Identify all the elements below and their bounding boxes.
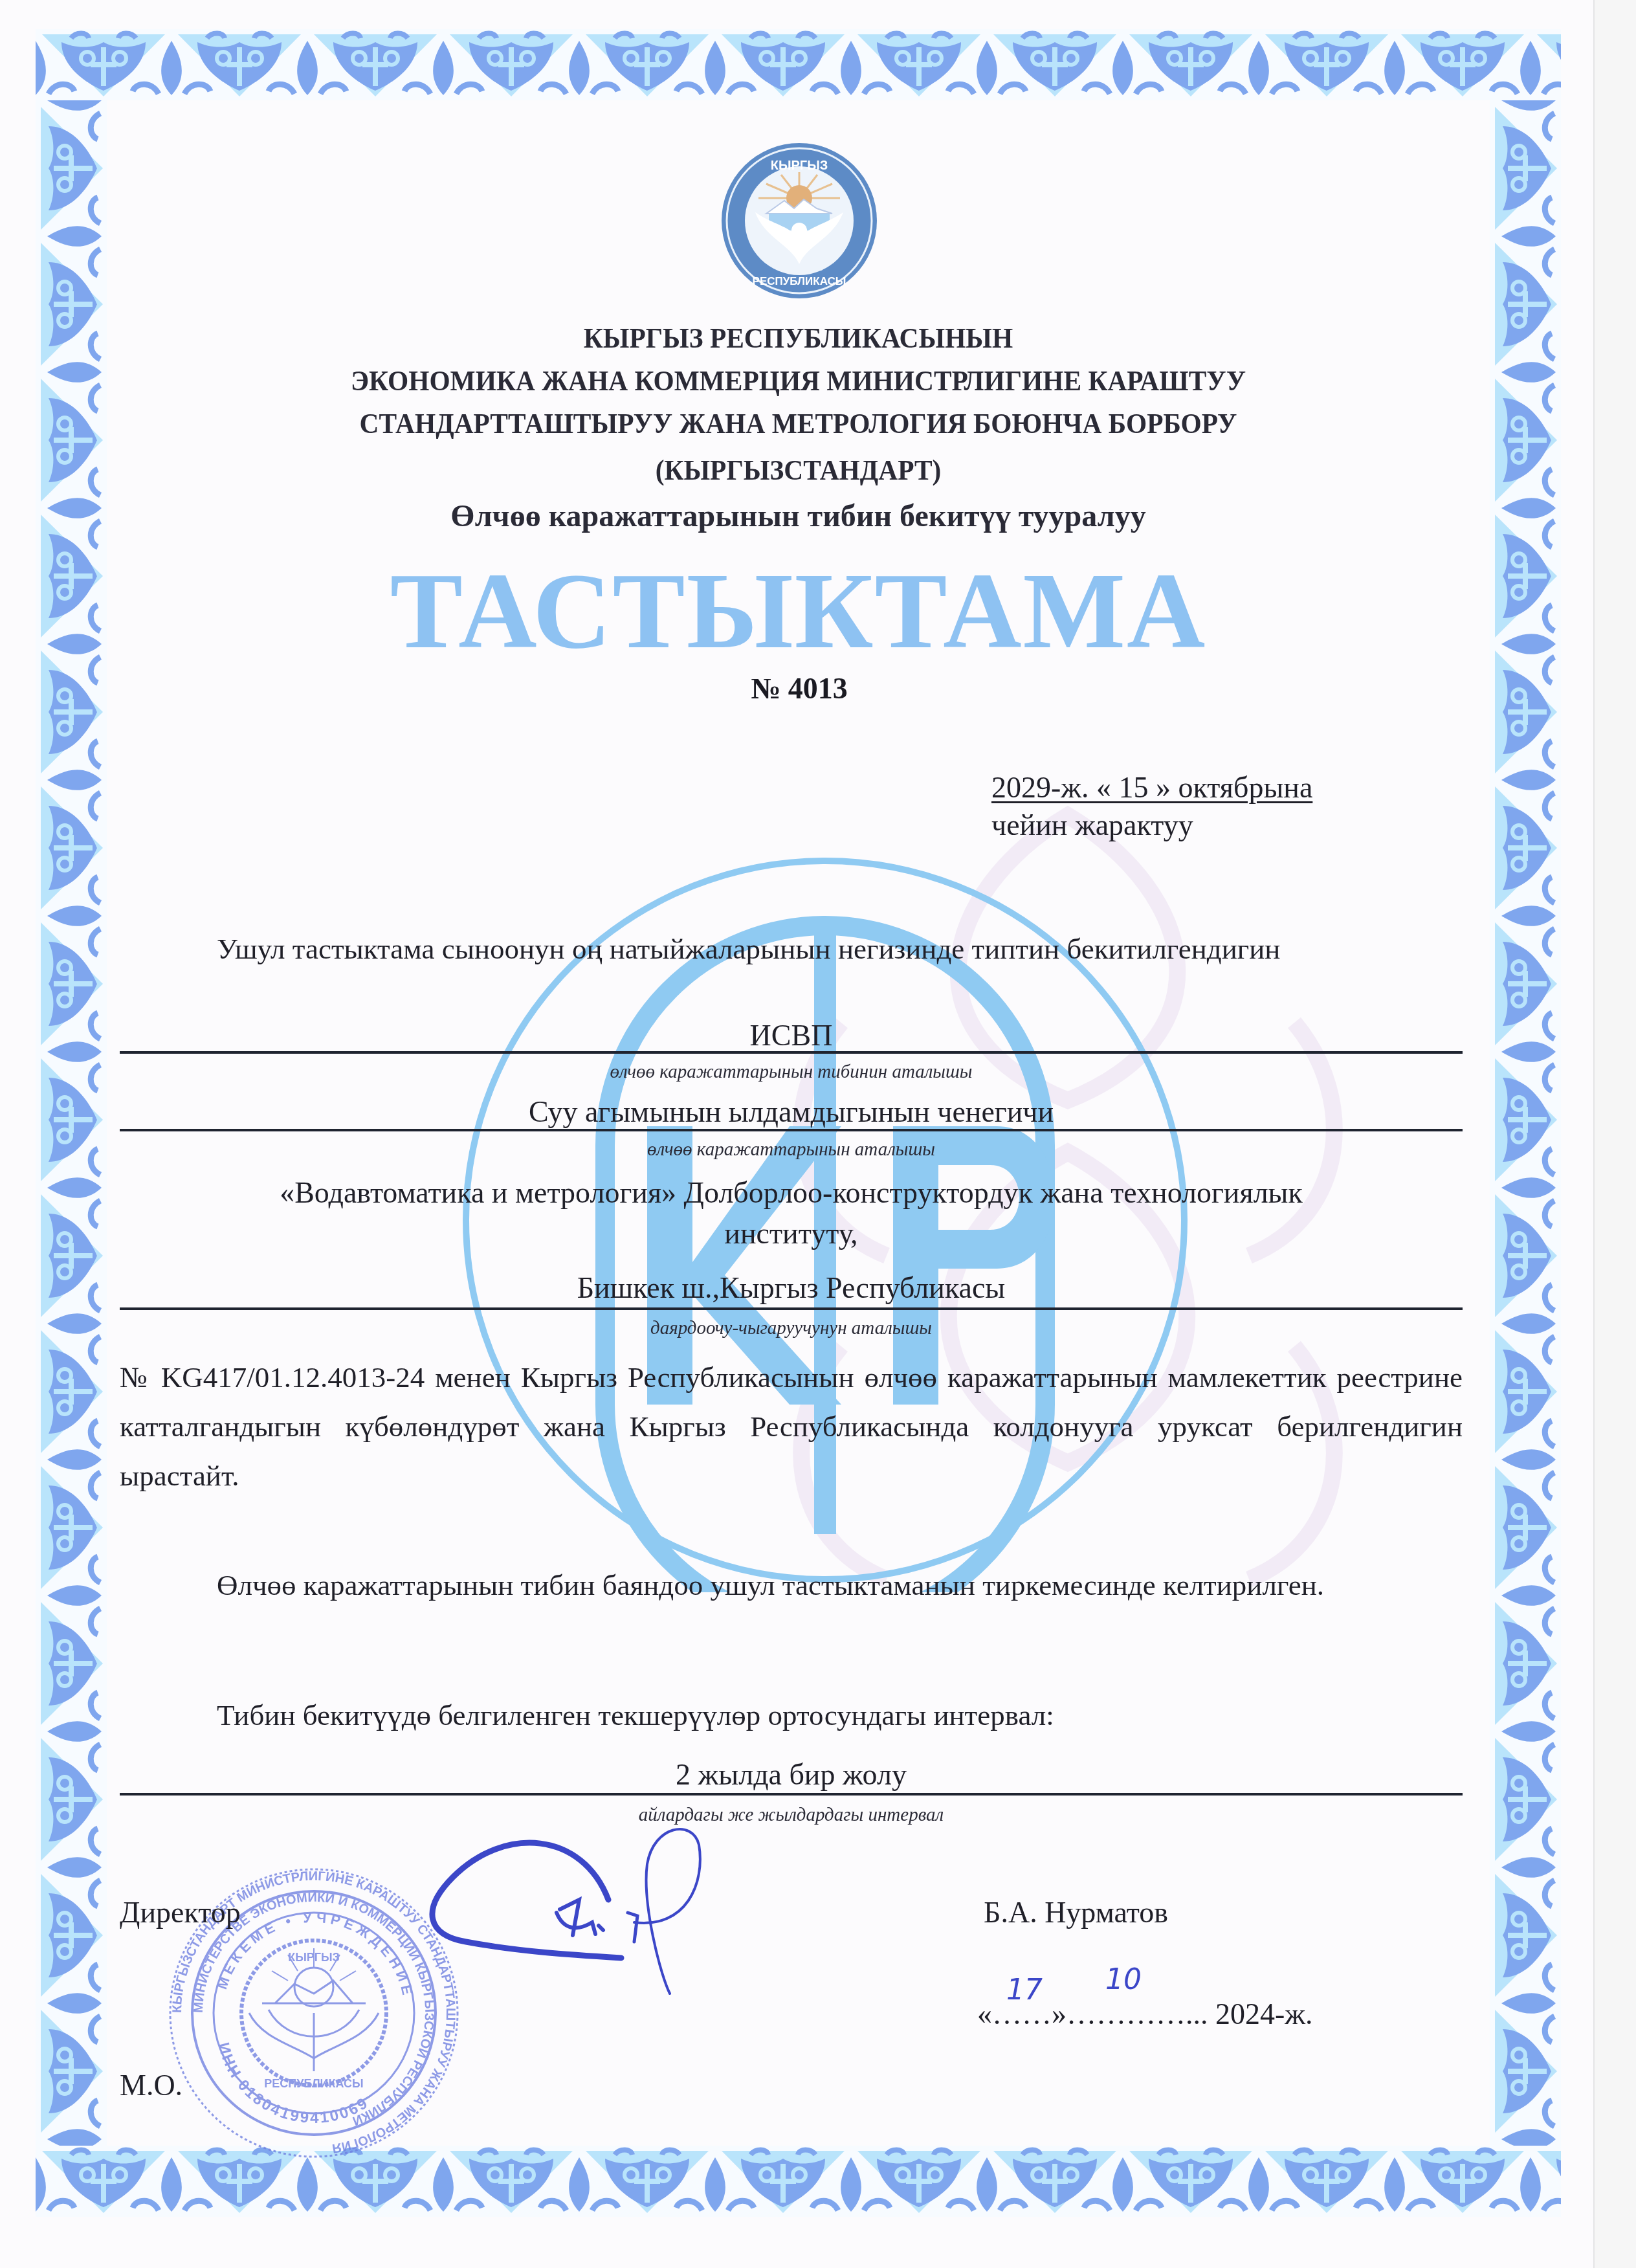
handwritten-day: 17: [1006, 1973, 1043, 2007]
instrument-name-caption: өлчөө каражаттарынын аталышы: [120, 1139, 1463, 1161]
header-line-1: КЫРГЫЗ РЕСПУБЛИКАСЫНЫН: [162, 321, 1434, 355]
header-line-2: ЭКОНОМИКА ЖАНА КОММЕРЦИЯ МИНИСТРЛИГИНЕ К…: [162, 364, 1434, 397]
instrument-type-value: ИСВП: [120, 1017, 1463, 1054]
manufacturer-rule: [120, 1307, 1463, 1310]
validity-suffix: чейин жарактуу: [991, 806, 1312, 844]
interval-caption: айлардагы же жылдардагы интервал: [120, 1805, 1463, 1826]
date-year: 2024-ж.: [1208, 1997, 1313, 2030]
interval-value: 2 жылда бир жолу: [120, 1757, 1463, 1793]
handwritten-month: 10: [1105, 1963, 1142, 1996]
ornament-border-top: [36, 29, 1561, 100]
validity-block: 2029-ж. « 15 » октябрына чейин жарактуу: [991, 769, 1312, 844]
emblem-top-text: КЫРГЫЗ: [771, 159, 828, 173]
manufacturer-caption: даярдоочу-чыгаруучунун аталышы: [120, 1318, 1463, 1339]
registry-paragraph: № KG417/01.12.4013-24 менен Кыргыз Респу…: [120, 1353, 1463, 1500]
emblem-bottom-text: РЕСПУБЛИКАСЫ: [753, 275, 846, 287]
document-number: № 4013: [696, 671, 903, 706]
interval-rule: [120, 1793, 1463, 1795]
handwritten-signature: [414, 1819, 777, 2013]
header-subtitle: Өлчөө каражаттарынын тибин бекитүү туура…: [107, 498, 1490, 534]
stamp-emblem-top: КЫРГЫЗ: [288, 1951, 340, 1964]
header-line-4: (КЫРГЫЗСТАНДАРТ): [162, 453, 1434, 487]
description-note: Өлчөө каражаттарынын тибин баяндоо ушул …: [120, 1556, 1463, 1614]
scan-edge: [1593, 0, 1636, 2268]
header-line-3: СТАНДАРТТАШТЫРУУ ЖАНА МЕТРОЛОГИЯ БОЮНЧА …: [162, 406, 1434, 440]
ornament-border-right: [1490, 100, 1561, 2146]
instrument-type-rule: [120, 1051, 1463, 1054]
stamp-emblem-bottom: РЕСПУБЛИКАСЫ: [264, 2077, 363, 2090]
instrument-name-rule: [120, 1129, 1463, 1131]
instrument-name-value: Суу агымынын ылдамдыгынын ченегичи: [120, 1094, 1463, 1130]
intro-paragraph: Ушул тастыктама сыноонун оң натыйжаларын…: [120, 922, 1463, 976]
date-open-quote: «: [977, 1997, 992, 2030]
signing-date: «……»…………... 2024-ж. 17 10: [977, 1997, 1313, 2031]
manufacturer-line-1: «Водавтоматика и метрология» Долборлоо-к…: [120, 1175, 1463, 1211]
seal-label: М.О.: [120, 2068, 182, 2102]
instrument-type-caption: өлчөө каражаттарынын тибинин аталышы: [120, 1062, 1463, 1083]
date-month-blank: »…………...: [1052, 1997, 1208, 2030]
ornament-border-left: [36, 100, 107, 2146]
state-emblem-icon: КЫРГЫЗ РЕСПУБЛИКАСЫ: [720, 141, 879, 300]
manufacturer-line-3: Бишкек ш.,Кыргыз Республикасы: [120, 1270, 1463, 1306]
document-title: ТАСТЫКТАМА: [107, 557, 1490, 665]
director-label: Директор: [120, 1895, 241, 1929]
validity-date: 2029-ж. « 15 » октябрына: [991, 769, 1312, 806]
director-name: Б.А. Нурматов: [984, 1895, 1168, 1929]
manufacturer-line-2: институту,: [120, 1216, 1463, 1252]
interval-label: Тибин бекитүүдө белгиленген текшерүүлөр …: [120, 1697, 1463, 1733]
